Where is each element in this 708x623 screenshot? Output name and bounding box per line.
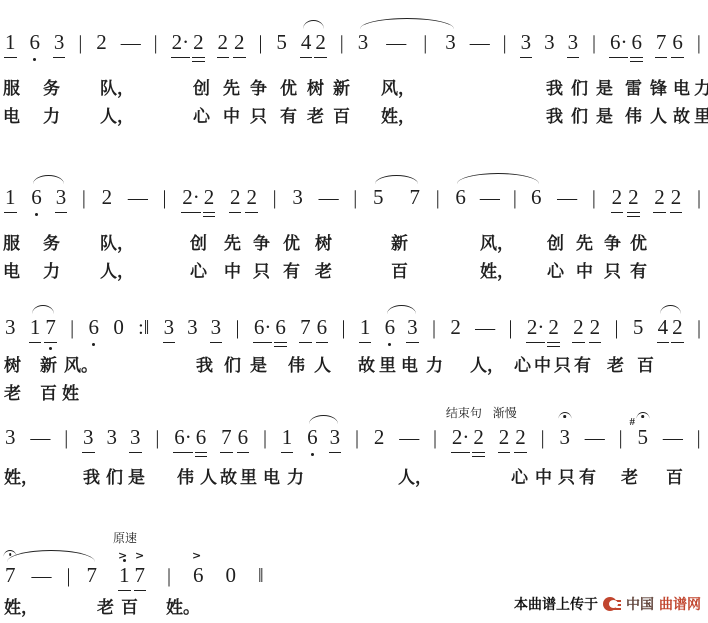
- lyric-syllable: 务: [43, 79, 60, 99]
- beam-underline: [547, 342, 560, 343]
- note-digit: 2: [515, 425, 526, 449]
- barline: |: [619, 426, 623, 450]
- duration-dash: —: [121, 31, 140, 55]
- beam-underline: [195, 452, 208, 453]
- note-digit: 6·: [254, 315, 272, 339]
- lyric-syllable: 老: [97, 598, 114, 618]
- beam-underline: [129, 452, 142, 453]
- beam-group: 22: [230, 185, 257, 210]
- beam-group: 76: [221, 425, 248, 450]
- lyric-syllable: 心: [193, 107, 210, 127]
- note-digit: 6: [89, 315, 100, 339]
- lyric-syllable: 姓: [62, 384, 79, 404]
- slur-arc: [457, 173, 539, 184]
- lyric-syllable: 只: [253, 262, 270, 282]
- lyric-syllable: 争: [604, 234, 621, 254]
- beam-underline: [526, 342, 546, 343]
- note-3: 3: [445, 30, 456, 55]
- lyric-line: 电力人，心中只有老百姓，我们是伟人故里: [0, 107, 708, 131]
- barline: |: [503, 31, 507, 55]
- note-digit: 2: [96, 30, 107, 54]
- note-digit: 5: [373, 185, 384, 209]
- note-3: 3: [187, 315, 198, 340]
- lyric-syllable: 只: [558, 468, 575, 488]
- note-2: 2: [204, 185, 215, 210]
- lyric-syllable: 是: [250, 356, 267, 376]
- duration-dash: —: [475, 316, 494, 340]
- note-3: 3: [83, 425, 94, 450]
- lyric-syllable: 风，: [381, 79, 415, 99]
- note-digit: 6: [672, 30, 683, 54]
- lyric-line: 服务队，创先争优树新风，我们是雷锋电力: [0, 79, 708, 103]
- note-6: 6: [455, 185, 466, 210]
- note-3: 3: [407, 315, 418, 340]
- note-digit: 6: [307, 425, 318, 449]
- tempo-label: 原速: [113, 531, 137, 545]
- barline: |: [433, 426, 437, 450]
- note-3: 3: [358, 30, 369, 55]
- lyric-syllable: 人，: [398, 468, 432, 488]
- barline: |: [697, 31, 701, 55]
- music-disc-logo-icon: [603, 596, 621, 613]
- note-6: 6: [317, 315, 328, 340]
- duration-dash: —: [470, 31, 489, 55]
- lyric-syllable: 风。: [64, 356, 98, 376]
- lyric-syllable: 有: [283, 262, 300, 282]
- lyric-syllable: 队，: [100, 79, 134, 99]
- note-digit: 2: [234, 30, 245, 54]
- note-digit: 6·: [174, 425, 192, 449]
- lyric-syllable: 先: [576, 234, 593, 254]
- note-2: 2: [612, 185, 623, 210]
- note-digit: 6: [275, 315, 286, 339]
- lyric-line: 姓，我们是伟人故里电力人，心中只有老百: [0, 468, 708, 492]
- notation-system-5: 7—|7原速> >17|>60‖: [5, 563, 701, 593]
- beam-underline: [173, 452, 193, 453]
- beam-underline: [611, 212, 624, 213]
- note-digit: 2·: [452, 425, 470, 449]
- lyric-syllable: 中: [534, 356, 551, 376]
- note-6: 6: [307, 425, 318, 450]
- beam-underline: [316, 342, 329, 343]
- note-digit: 2: [230, 185, 241, 209]
- note-7: 7: [410, 185, 421, 210]
- slur-group: 63: [307, 425, 340, 450]
- note-digit: 6: [238, 425, 249, 449]
- note-digit: 2: [218, 30, 229, 54]
- beam-underline: [627, 212, 640, 213]
- octave-dot-low: [92, 343, 95, 346]
- note-3: 3: [559, 425, 570, 450]
- brand-name-cn: 中国: [626, 594, 654, 614]
- lyric-syllable: 人，: [100, 262, 134, 282]
- note-digit: 3: [445, 30, 456, 54]
- lyric-syllable: 伟: [177, 468, 194, 488]
- lyric-syllable: 优: [280, 79, 297, 99]
- sharp-icon: #: [629, 416, 635, 429]
- beam-underline: [299, 342, 312, 343]
- note-digit: 7: [656, 30, 667, 54]
- note-5: 5: [276, 30, 287, 55]
- note-1: 1: [5, 30, 16, 55]
- lyric-line: 服务队，创先争优树新风，创先争优: [0, 234, 708, 258]
- beam-underline: [657, 342, 670, 343]
- beam-underline: [171, 57, 191, 58]
- lyric-syllable: 新: [333, 79, 350, 99]
- beam-group: 2·2: [172, 30, 204, 55]
- note-3: 3: [54, 30, 65, 55]
- note-6: 6: [385, 315, 396, 340]
- note-3: 3: [568, 30, 579, 55]
- note-6: >6: [193, 563, 204, 588]
- note-7: 7: [300, 315, 311, 340]
- slur-group: 63: [385, 315, 418, 340]
- lyric-syllable: 故: [673, 107, 690, 127]
- barline: |: [258, 31, 262, 55]
- lyric-syllable: 人: [650, 107, 667, 127]
- slur-arc: [7, 550, 95, 562]
- note-7: 7: [45, 315, 56, 340]
- barline: |: [353, 186, 357, 210]
- octave-dot-low: [35, 213, 38, 216]
- brand-name-suffix: 曲谱网: [659, 594, 701, 614]
- notation-system-3: 317|60:‖333|6·676|163|2—|2·222|542|: [5, 315, 701, 345]
- note-digit: 3: [521, 30, 532, 54]
- lyric-syllable: 们: [106, 468, 123, 488]
- note-7: 7: [87, 563, 98, 588]
- note-6: 6·: [610, 30, 628, 55]
- note-3: 3: [521, 30, 532, 55]
- lyric-syllable: 里: [379, 356, 396, 376]
- lyric-syllable: 只: [250, 107, 267, 127]
- note-2: 2·: [172, 30, 190, 55]
- watermark-footer: 本曲谱上传于 中国 曲谱网: [514, 594, 701, 614]
- beam-underline: [630, 61, 643, 62]
- lyric-syllable: 有: [630, 262, 647, 282]
- beam-underline: [203, 216, 216, 217]
- beam-underline: [472, 456, 485, 457]
- beam-underline: [55, 212, 68, 213]
- barline: |: [432, 316, 436, 340]
- note-3: 3: [5, 315, 16, 340]
- beam-underline: [670, 212, 683, 213]
- sheet-music-page: 163|2—|2·222|542|3—|3—|333|6·676|服务队，创先争…: [0, 0, 708, 623]
- beam-underline: [237, 452, 250, 453]
- barline: |: [508, 316, 512, 340]
- note-2: 2: [628, 185, 639, 210]
- lyric-syllable: 优: [283, 234, 300, 254]
- duration-dash: —: [585, 426, 604, 450]
- beam-underline: [220, 452, 233, 453]
- note-2: 2: [671, 185, 682, 210]
- note-1: 原速> >1: [119, 563, 130, 588]
- lyric-syllable: 服: [3, 79, 20, 99]
- duration-dash: —: [557, 186, 576, 210]
- lyric-syllable: 树: [4, 356, 21, 376]
- beam-underline: [229, 212, 242, 213]
- beam-underline: [671, 57, 684, 58]
- lyric-syllable: 力: [287, 468, 304, 488]
- note-digit: 3: [56, 185, 67, 209]
- note-digit: 3: [559, 425, 570, 449]
- note-1: 1: [360, 315, 371, 340]
- slur-arc: [375, 175, 418, 184]
- note-6: 6: [275, 315, 286, 340]
- note-1: 1: [5, 185, 16, 210]
- note-digit: 6: [531, 185, 542, 209]
- lyric-syllable: 老: [607, 356, 624, 376]
- note-6: 6: [672, 30, 683, 55]
- beam-underline: [281, 452, 294, 453]
- lyric-syllable: 老: [621, 468, 638, 488]
- notation-system-1: 163|2—|2·222|542|3—|3—|333|6·676|: [5, 30, 701, 60]
- note-digit: 6: [317, 315, 328, 339]
- lyric-syllable: 电: [3, 262, 20, 282]
- lyric-syllable: 创: [193, 79, 210, 99]
- barline: |: [697, 426, 701, 450]
- barline: |: [341, 316, 345, 340]
- lyric-syllable: 锋: [650, 79, 667, 99]
- beam-group: 原速> >17: [119, 563, 145, 588]
- lyric-syllable: 心: [511, 468, 528, 488]
- slur-arc: [387, 305, 416, 314]
- lyric-syllable: 心: [514, 356, 531, 376]
- lyric-syllable: 有: [574, 356, 591, 376]
- lyric-syllable: 里: [694, 107, 708, 127]
- beam-group: 22: [218, 30, 245, 55]
- note-digit: 1: [119, 563, 130, 587]
- octave-dot-low: [388, 343, 391, 346]
- note-digit: 2: [246, 185, 257, 209]
- note-3: 3: [164, 315, 175, 340]
- beam-underline: [195, 456, 208, 457]
- note-digit: 6: [196, 425, 207, 449]
- note-2: 2: [573, 315, 584, 340]
- barline: |: [78, 31, 82, 55]
- slur-arc: [309, 415, 338, 424]
- octave-dot-high: [123, 559, 126, 562]
- barline: |: [70, 316, 74, 340]
- note-digit: 6: [631, 30, 642, 54]
- note-6: 6: [238, 425, 249, 450]
- slur-arc: [32, 305, 54, 314]
- note-6: 6: [31, 185, 42, 210]
- note-digit: 4: [658, 315, 669, 339]
- lyric-syllable: 力: [694, 79, 708, 99]
- beam-underline: [609, 57, 629, 58]
- barline: |: [697, 186, 701, 210]
- beam-underline: [203, 212, 216, 213]
- note-2: 2: [246, 185, 257, 210]
- note-digit: 3: [5, 315, 16, 339]
- lyric-syllable: 中: [223, 107, 240, 127]
- note-digit: 2: [628, 185, 639, 209]
- note-7: 7: [5, 563, 16, 588]
- note-7: 7: [135, 563, 146, 588]
- note-digit: 2: [548, 315, 559, 339]
- note-digit: 2: [499, 425, 510, 449]
- beam-underline: [572, 342, 585, 343]
- lyric-syllable: 们: [571, 79, 588, 99]
- lyric-syllable: 人，: [470, 356, 504, 376]
- note-digit: 3: [54, 30, 65, 54]
- fermata-icon: [4, 550, 17, 557]
- note-6: 6·: [254, 315, 272, 340]
- lyric-syllable: 有: [280, 107, 297, 127]
- lyric-syllable: 电: [3, 107, 20, 127]
- lyric-syllable: 力: [43, 262, 60, 282]
- beam-underline: [210, 342, 223, 343]
- lyric-syllable: 百: [391, 262, 408, 282]
- lyric-syllable: 优: [630, 234, 647, 254]
- barline: |: [154, 31, 158, 55]
- note-2: 2: [234, 30, 245, 55]
- note-2: 2·: [182, 185, 200, 210]
- note-0: 0: [113, 315, 124, 340]
- note-digit: 7: [410, 185, 421, 209]
- lyric-syllable: 老: [4, 384, 21, 404]
- note-6: 6: [89, 315, 100, 340]
- lyric-syllable: 姓，: [4, 468, 38, 488]
- beam-group: 22: [612, 185, 639, 210]
- lyric-syllable: 里: [240, 468, 257, 488]
- lyric-syllable: 新: [40, 356, 57, 376]
- beam-underline: [498, 452, 511, 453]
- lyric-syllable: 心: [547, 262, 564, 282]
- note-2: 2: [218, 30, 229, 55]
- lyric-line: 老百姓: [0, 384, 708, 408]
- note-digit: 1: [360, 315, 371, 339]
- beam-underline: [217, 57, 230, 58]
- barline: |: [423, 31, 427, 55]
- note-digit: 2: [102, 185, 113, 209]
- note-digit: 6: [193, 563, 204, 587]
- lyric-syllable: 务: [43, 234, 60, 254]
- note-digit: 3: [544, 30, 555, 54]
- duration-dash: —: [399, 426, 418, 450]
- lyric-syllable: 老: [315, 262, 332, 282]
- lyric-syllable: 老: [307, 107, 324, 127]
- lyric-syllable: 争: [253, 234, 270, 254]
- barline: |: [263, 426, 267, 450]
- lyric-syllable: 们: [224, 356, 241, 376]
- beam-underline: [134, 590, 147, 591]
- lyric-syllable: 百: [333, 107, 350, 127]
- lyric-syllable: 人: [314, 356, 331, 376]
- lyric-syllable: 雷: [625, 79, 642, 99]
- beam-group: 22: [654, 185, 681, 210]
- barline: |: [355, 426, 359, 450]
- note-digit: 6: [385, 315, 396, 339]
- uploaded-by-text: 本曲谱上传于: [514, 594, 598, 614]
- note-1: 1: [30, 315, 41, 340]
- note-digit: 3: [83, 425, 94, 449]
- note-digit: 3: [211, 315, 222, 339]
- note-2: 结束句2·: [452, 425, 470, 450]
- barline: |: [155, 426, 159, 450]
- note-digit: 2: [193, 30, 204, 54]
- duration-dash: —: [128, 186, 147, 210]
- barline: |: [436, 186, 440, 210]
- note-digit: 2: [612, 185, 623, 209]
- note-digit: 1: [5, 30, 16, 54]
- beam-underline: [300, 57, 313, 58]
- beam-underline: [274, 342, 287, 343]
- slur-arc: [303, 20, 324, 29]
- note-digit: 1: [5, 185, 16, 209]
- note-digit: 6: [31, 185, 42, 209]
- beam-underline: [671, 342, 684, 343]
- beam-underline: [192, 61, 205, 62]
- lyric-syllable: 我: [196, 356, 213, 376]
- note-2: 2: [193, 30, 204, 55]
- barline: |: [541, 426, 545, 450]
- note-digit: 5: [276, 30, 287, 54]
- final-barline: ‖: [258, 564, 264, 588]
- note-3: 3: [211, 315, 222, 340]
- note-digit: 0: [226, 563, 237, 587]
- note-digit: 6: [455, 185, 466, 209]
- note-2: 2: [450, 315, 461, 340]
- lyric-line: 树新风。我们是伟人故里电力人，心中只有老百: [0, 356, 708, 380]
- note-digit: 1: [282, 425, 293, 449]
- lyric-syllable: 心: [190, 262, 207, 282]
- beam-group: 6·6: [610, 30, 642, 55]
- slur-arc: [33, 175, 64, 184]
- beam-group: 2·2: [182, 185, 214, 210]
- beam-underline: [4, 57, 17, 58]
- lyric-syllable: 百: [121, 598, 138, 618]
- note-4: 4: [301, 30, 312, 55]
- note-digit: 2: [315, 30, 326, 54]
- lyric-syllable: 百: [40, 384, 57, 404]
- tempo-label: 结束句: [446, 406, 482, 420]
- note-digit: 3: [568, 30, 579, 54]
- note-5: 5: [373, 185, 384, 210]
- note-digit: 7: [5, 563, 16, 587]
- staff-lines-icon: [612, 600, 621, 602]
- beam-underline: [163, 342, 176, 343]
- note-3: 3: [130, 425, 141, 450]
- duration-dash: —: [663, 426, 682, 450]
- barline: |: [340, 31, 344, 55]
- note-2: 2: [548, 315, 559, 340]
- barline: |: [592, 186, 596, 210]
- note-digit: 2: [204, 185, 215, 209]
- beam-underline: [406, 342, 419, 343]
- beam-underline: [253, 342, 273, 343]
- beam-underline: [29, 342, 42, 343]
- note-2: 渐慢2: [499, 425, 510, 450]
- note-2: 2: [96, 30, 107, 55]
- lyric-syllable: 争: [250, 79, 267, 99]
- slur-group: 3—|3: [358, 30, 456, 55]
- barline: |: [614, 316, 618, 340]
- slur-group: 42: [301, 30, 326, 55]
- barline: |: [273, 186, 277, 210]
- note-digit: 2: [590, 315, 601, 339]
- slur-arc: [660, 305, 681, 314]
- note-digit: 6: [29, 30, 40, 54]
- note-digit: 3: [330, 425, 341, 449]
- beam-underline: [655, 57, 668, 58]
- lyric-syllable: 是: [596, 79, 613, 99]
- beam-underline: [4, 212, 17, 213]
- duration-dash: —: [32, 564, 51, 588]
- note-3: 3: [56, 185, 67, 210]
- note-digit: 3: [407, 315, 418, 339]
- note-2: 2: [590, 315, 601, 340]
